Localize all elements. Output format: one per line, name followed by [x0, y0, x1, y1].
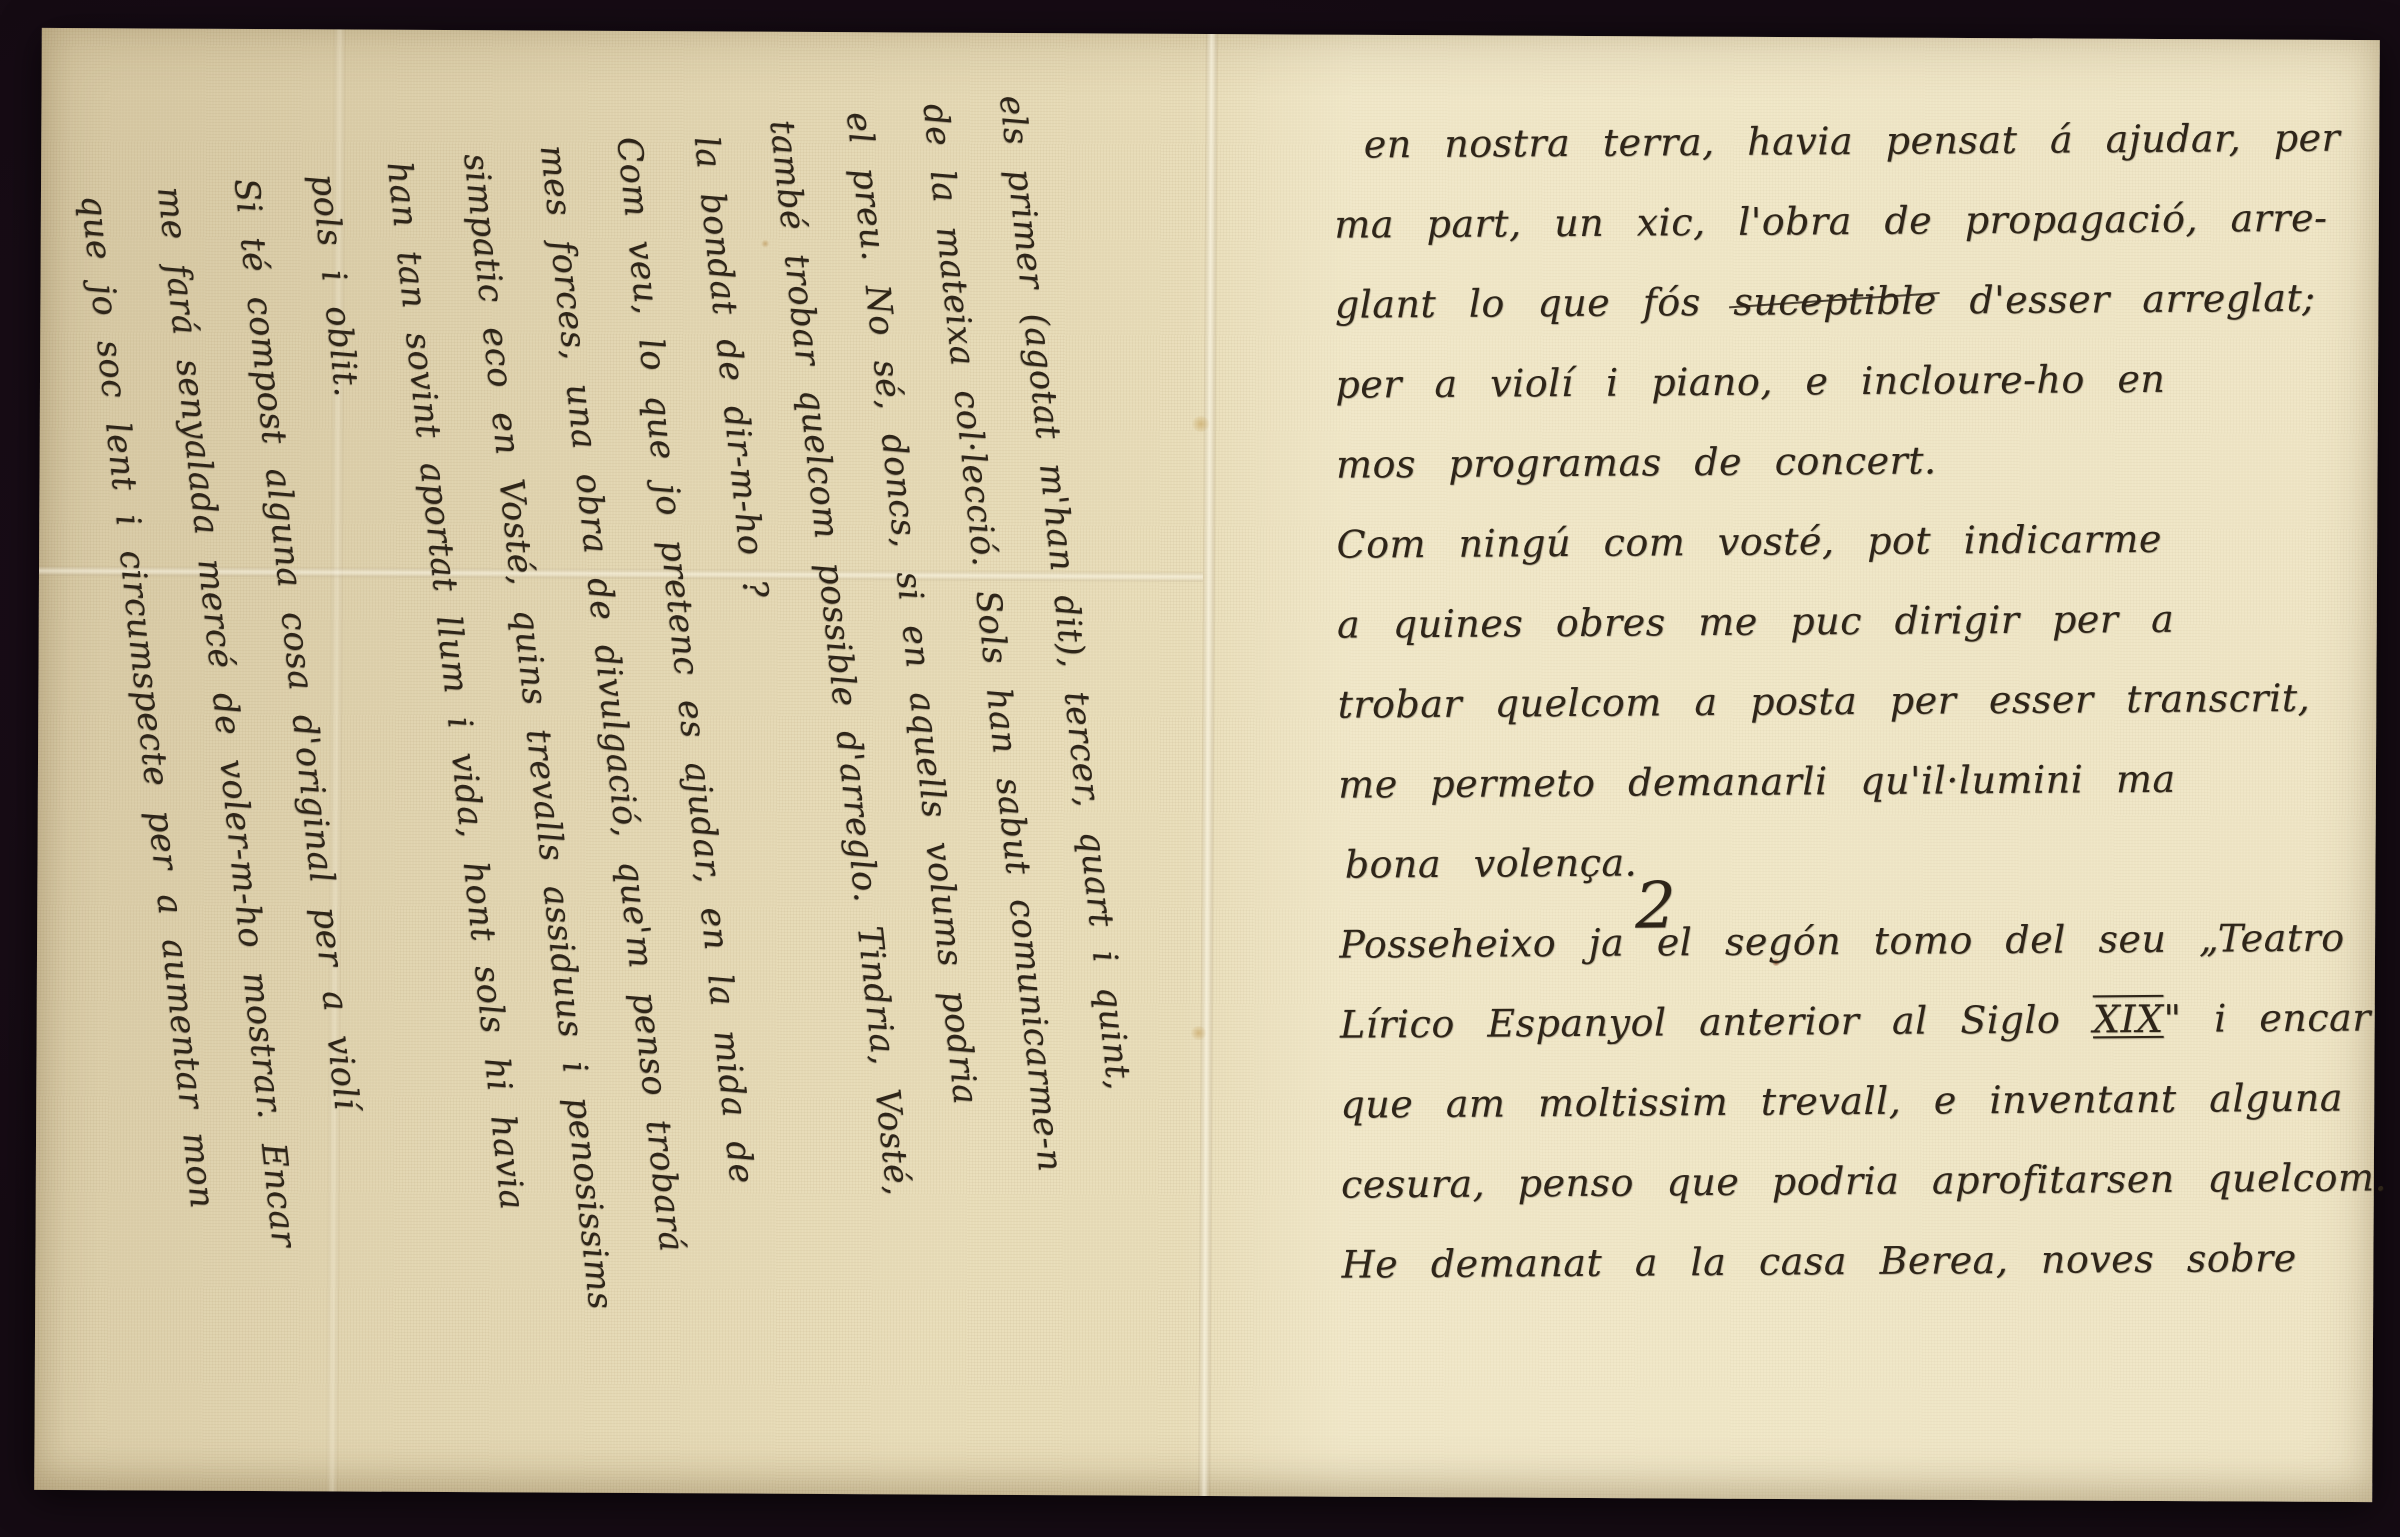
handwritten-line: bona volença.: [1338, 817, 2400, 905]
handwritten-line: mos programas de concert.: [1336, 417, 2400, 505]
handwritten-line: per a violí i piano, e incloure-ho en: [1335, 337, 2400, 425]
letter-page-right-text: 2 en nostra terra, havia pensat á ajudar…: [1333, 97, 2400, 1305]
handwritten-line: trobar quelcom a posta per esser transcr…: [1337, 657, 2400, 745]
handwritten-line: en nostra terra, havia pensat á ajudar, …: [1333, 97, 2400, 185]
handwritten-line: He demanat a la casa Berea, noves sobre: [1341, 1217, 2400, 1305]
letter-page-left-text: els primer (agotat m'han dit), tercer, q…: [51, 65, 1193, 1525]
handwritten-line: que am moltissim trevall, e inventant al…: [1340, 1057, 2400, 1145]
marked-text: suceptible: [1733, 278, 1937, 323]
paper-stain: [1191, 1026, 1207, 1040]
paper-stain: [1192, 416, 1210, 432]
handwritten-line: a quines obres me puc dirigir per a: [1337, 577, 2400, 665]
handwritten-line: glant lo que fós suceptible d'esser arre…: [1335, 257, 2400, 345]
handwritten-line: cesura, penso que podria aprofitarsen qu…: [1341, 1137, 2400, 1225]
handwritten-line: Lírico Espanyol anterior al Siglo XIX" i…: [1340, 977, 2400, 1065]
marked-text: XIX: [2093, 997, 2164, 1041]
handwritten-line: Com ningú com vosté, pot indicarme: [1336, 497, 2400, 585]
letter-sheet: els primer (agotat m'han dit), tercer, q…: [34, 28, 2380, 1502]
text-segment: d'esser arreglat;: [1937, 276, 2316, 323]
handwritten-line: ma part, un xic, l'obra de propagació, a…: [1334, 177, 2400, 265]
text-segment: glant lo que fós: [1335, 280, 1734, 327]
handwritten-line: me permeto demanarli qu'il·lumini ma: [1338, 737, 2400, 825]
handwritten-line: Posseheixo ja el segón tomo del seu „Tea…: [1339, 897, 2400, 985]
text-segment: " i encar: [2163, 995, 2371, 1040]
text-segment: Lírico Espanyol anterior al Siglo: [1340, 997, 2093, 1046]
center-fold-crease: [1198, 34, 1218, 1496]
